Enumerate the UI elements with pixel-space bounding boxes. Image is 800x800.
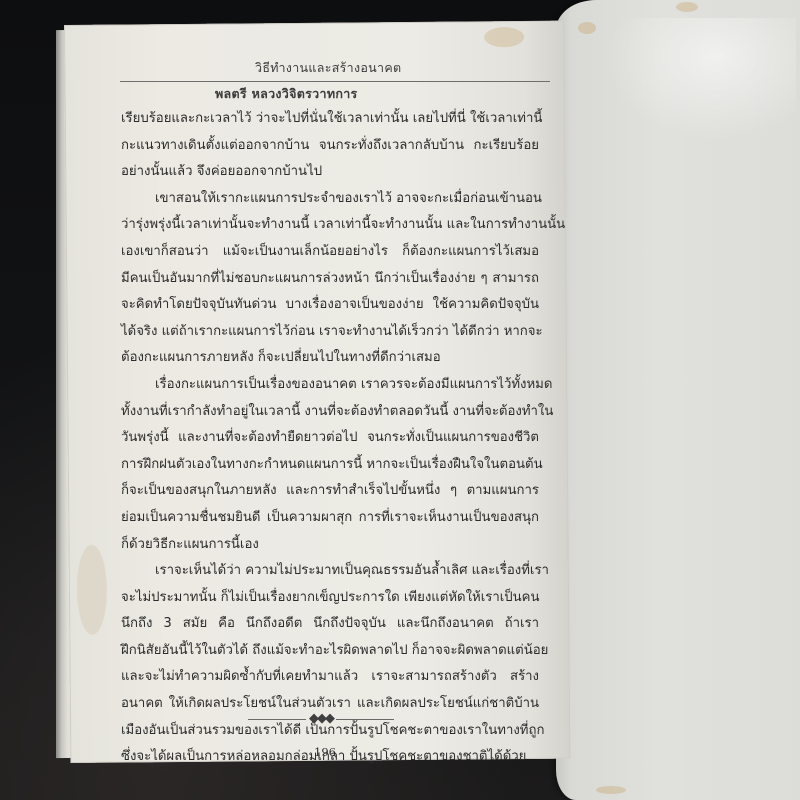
paragraph-3: เรื่องกะแผนการเป็นเรื่องของอนาคต เราควรจ…: [121, 372, 539, 558]
paragraph-4: เราจะเห็นได้ว่า ความไม่ประมาทเป็นคุณธรรม…: [121, 558, 539, 771]
text-line: เรียบร้อยและกะเวลาไว้ ว่าจะไปที่นั่นใช้เ…: [121, 106, 539, 133]
text-line: ทั้งงานที่เรากำลังทำอยู่ในเวลานี้ งานที่…: [121, 399, 539, 426]
text-line: กะแนวทางเดินตั้งแต่ออกจากบ้าน จนกระทั่งถ…: [121, 133, 539, 160]
header-rule: [120, 81, 550, 82]
body-text: เรียบร้อยและกะเวลาไว้ ว่าจะไปที่นั่นใช้เ…: [121, 106, 539, 771]
paper-stain: [676, 2, 698, 12]
light-glare: [596, 18, 796, 148]
text-line: มีคนเป็นอันมากที่ไม่ชอบกะแผนการล่วงหน้า …: [121, 266, 539, 293]
text-line: เรื่องกะแผนการเป็นเรื่องของอนาคต เราควรจ…: [121, 372, 539, 399]
section-ornament: ◆◆◆: [248, 713, 394, 727]
book-title: วิธีทำงานและสร้างอนาคต: [215, 58, 520, 78]
text-line: จะไม่ประมาทนั้น ก็ไม่เป็นเรื่องยากเข็ญปร…: [121, 585, 539, 612]
diamond-icon: ◆◆◆: [306, 711, 336, 726]
author-name: พลตรี หลวงวิจิตรวาทการ: [215, 84, 520, 104]
paragraph-2: เขาสอนให้เรากะแผนการประจำของเราไว้ อาจจะ…: [121, 186, 539, 372]
right-page-blank: [556, 0, 800, 800]
text-line: ย่อมเป็นความชื่นชมยินดี เป็นความผาสุก กา…: [121, 505, 539, 532]
text-line: นึกถึง 3 สมัย คือ นึกถึงอดีต นึกถึงปัจจุ…: [121, 611, 539, 638]
ornament-rule-right: [336, 719, 394, 720]
text-line: ได้จริง แต่ถ้าเรากะแผนการไว้ก่อน เราจะทำ…: [121, 319, 539, 346]
ornament-rule-left: [248, 719, 306, 720]
running-head: วิธีทำงานและสร้างอนาคต พลตรี หลวงวิจิตรว…: [200, 58, 520, 104]
paper-stain: [596, 786, 626, 794]
paper-stain: [578, 22, 596, 34]
text-line: เขาสอนให้เรากะแผนการประจำของเราไว้ อาจจะ…: [121, 186, 539, 213]
text-line: เราจะเห็นได้ว่า ความไม่ประมาทเป็นคุณธรรม…: [121, 558, 539, 585]
text-line: ว่ารุ่งพรุ่งนี้เวลาเท่านั้นจะทำงานนี้ เว…: [121, 212, 539, 239]
text-line: ก็จะเป็นของสนุกในภายหลัง และการทำสำเร็จไ…: [121, 478, 539, 505]
text-line: ฝึกนิสัยอันนี้ไว้ในตัวได้ ถึงแม้จะทำอะไร…: [121, 638, 539, 665]
text-line: ต้องกะแผนการภายหลัง ก็จะเปลี่ยนไปในทางที…: [121, 345, 539, 372]
text-line: เองเขาก็สอนว่า แม้จะเป็นงานเล็กน้อยอย่าง…: [121, 239, 539, 266]
text-line: การฝึกฝนตัวเองในทางกะกำหนดแผนการนี้ หากจ…: [121, 452, 539, 479]
page-number: 196: [300, 745, 350, 759]
text-line: จะคิดทำโดยปัจจุบันทันด่วน บางเรื่องอาจเป…: [121, 292, 539, 319]
text-line: วันพรุ่งนี้ และงานที่จะต้องทำยืดยาวต่อไป…: [121, 425, 539, 452]
paper-stain: [77, 545, 108, 635]
text-line: ก็ด้วยวิธีกะแผนการนี้เอง: [121, 532, 539, 559]
paragraph-1: เรียบร้อยและกะเวลาไว้ ว่าจะไปที่นั่นใช้เ…: [121, 106, 539, 186]
text-line: และจะไม่ทำความผิดซ้ำกับที่เคยทำมาแล้ว เร…: [121, 664, 539, 691]
text-line: อย่างนั้นแล้ว จึงค่อยออกจากบ้านไป: [121, 159, 539, 186]
paper-stain: [484, 27, 524, 47]
